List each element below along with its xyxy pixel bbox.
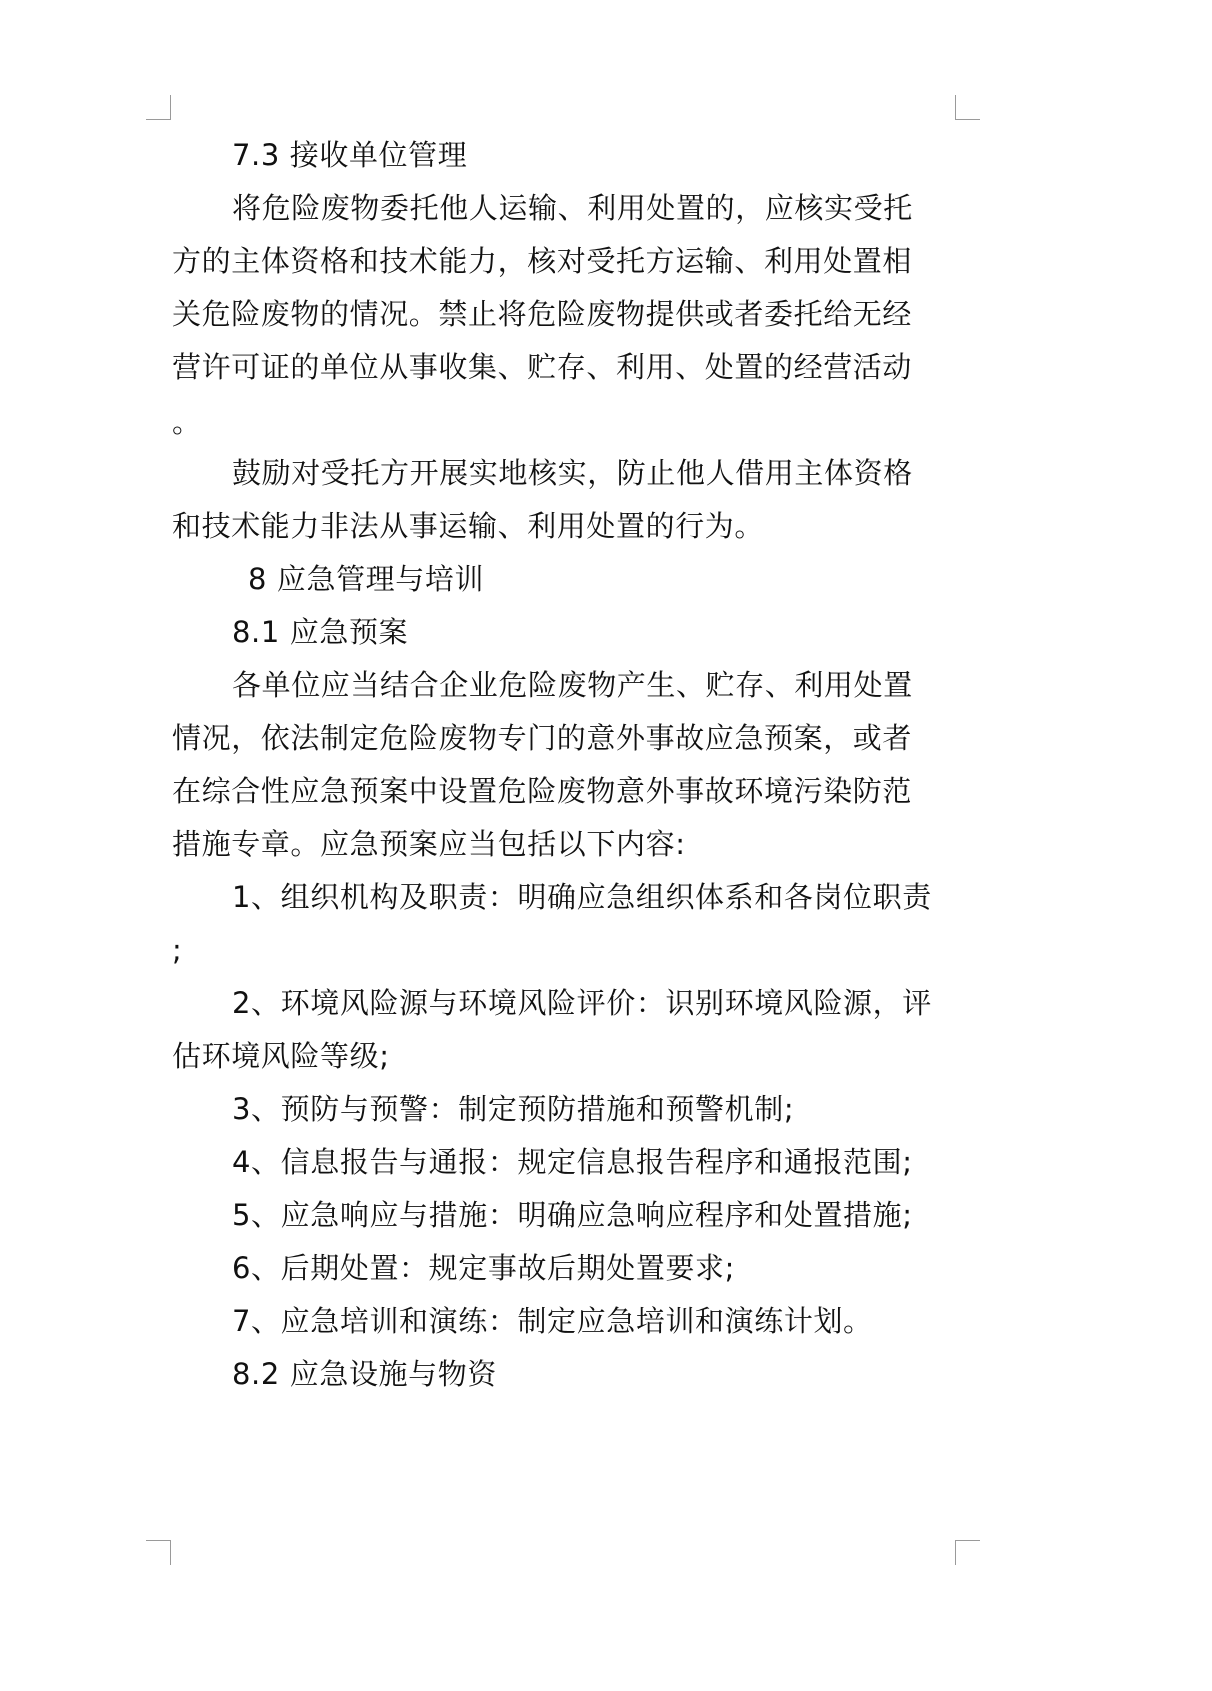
text-line: 关危险废物的情况。禁止将危险废物提供或者委托给无经 [172,294,912,334]
text-line: 7、应急培训和演练：制定应急培训和演练计划。 [232,1301,873,1341]
text-line: 方的主体资格和技术能力，核对受托方运输、利用处置相 [172,241,912,281]
section-heading: 8 应急管理与培训 [248,559,484,599]
text-line: 2、环境风险源与环境风险评价：识别环境风险源，评 [232,983,932,1023]
section-heading: 8.1 应急预案 [232,612,408,652]
text-line: 3、预防与预警：制定预防措施和预警机制; [232,1089,794,1129]
text-line: 。 [172,402,202,442]
text-line: 将危险废物委托他人运输、利用处置的，应核实受托 [232,188,913,228]
section-heading: 8.2 应急设施与物资 [232,1354,497,1394]
text-line: ; [172,930,182,970]
text-line: 4、信息报告与通报：规定信息报告程序和通报范围; [232,1142,913,1182]
corner-mark-bottom-right [955,1540,980,1565]
text-line: 鼓励对受托方开展实地核实，防止他人借用主体资格 [232,453,913,493]
text-line: 措施专章。应急预案应当包括以下内容: [172,824,686,864]
text-line: 估环境风险等级; [172,1036,390,1076]
corner-mark-top-left [146,95,171,120]
text-line: 营许可证的单位从事收集、贮存、利用、处置的经营活动 [172,347,912,387]
text-line: 6、后期处置：规定事故后期处置要求; [232,1248,735,1288]
text-line: 在综合性应急预案中设置危险废物意外事故环境污染防范 [172,771,912,811]
section-heading: 7.3 接收单位管理 [232,135,467,175]
text-line: 5、应急响应与措施：明确应急响应程序和处置措施; [232,1195,913,1235]
corner-mark-bottom-left [146,1540,171,1565]
text-line: 1、组织机构及职责：明确应急组织体系和各岗位职责 [232,877,932,917]
corner-mark-top-right [955,95,980,120]
text-line: 情况，依法制定危险废物专门的意外事故应急预案，或者 [172,718,912,758]
text-line: 各单位应当结合企业危险废物产生、贮存、利用处置 [232,665,913,705]
text-line: 和技术能力非法从事运输、利用处置的行为。 [172,506,764,546]
